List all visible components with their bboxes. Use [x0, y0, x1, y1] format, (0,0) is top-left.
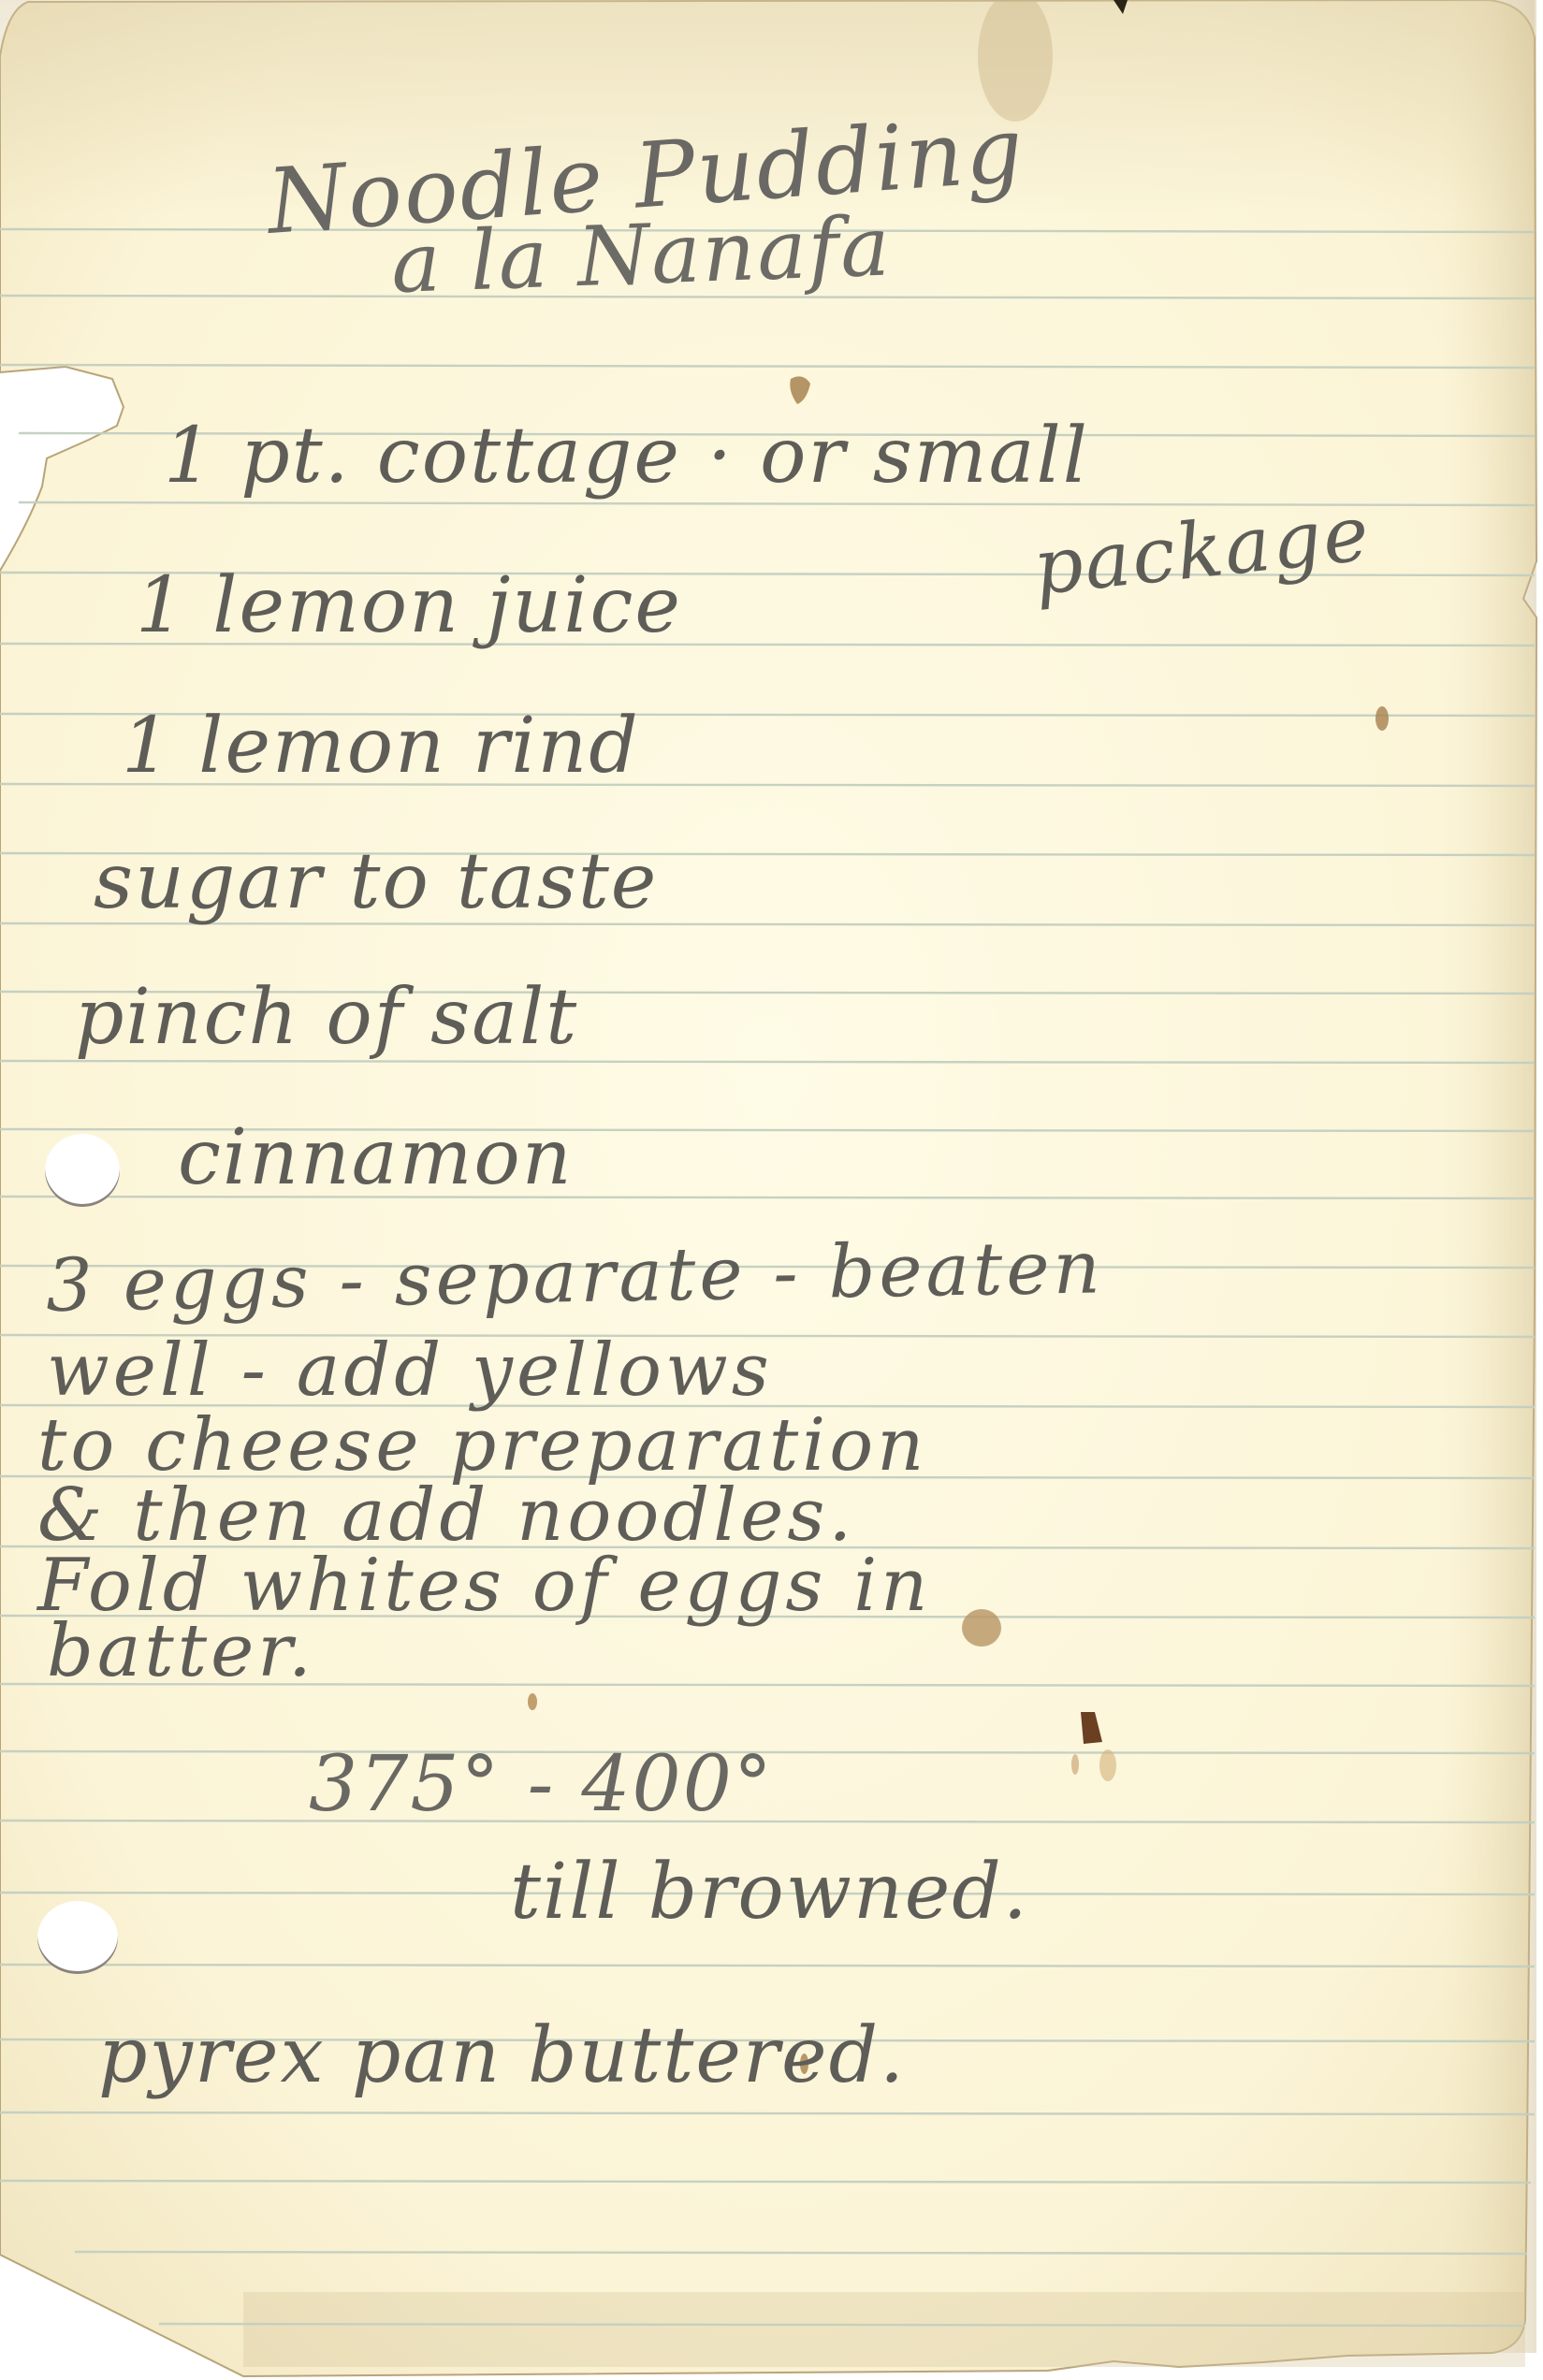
oven-temperature: 375° - 400° [309, 1740, 774, 1829]
small-stain-1 [1376, 706, 1389, 731]
small-stain-2 [528, 1693, 537, 1710]
small-stain-4 [1071, 1754, 1079, 1775]
ingredient-1: 1 pt. cottage · or small [164, 412, 1089, 501]
ingredient-2: 1 lemon juice [136, 561, 682, 650]
ingredient-5: pinch of salt [75, 973, 578, 1062]
bake-note: till browned. [510, 1848, 1029, 1937]
faint-stain [1099, 1749, 1116, 1781]
recipe-page: Noodle Pudding a la Nanafa 1 pt. cottage… [0, 0, 1543, 2380]
ingredient-3: 1 lemon rind [122, 702, 640, 791]
ingredient-4: sugar to taste [94, 837, 658, 926]
pan-note: pyrex pan buttered. [98, 2011, 906, 2100]
tan-stain [962, 1609, 1001, 1647]
punch-hole-top [45, 1134, 120, 1207]
punch-hole-bottom [37, 1901, 118, 1974]
method-line-6: batter. [47, 1609, 315, 1693]
ingredient-6: cinnamon [178, 1113, 574, 1202]
method-line-2: well - add yellows [47, 1328, 773, 1413]
recipe-subtitle: a la Nanafa [389, 197, 893, 312]
